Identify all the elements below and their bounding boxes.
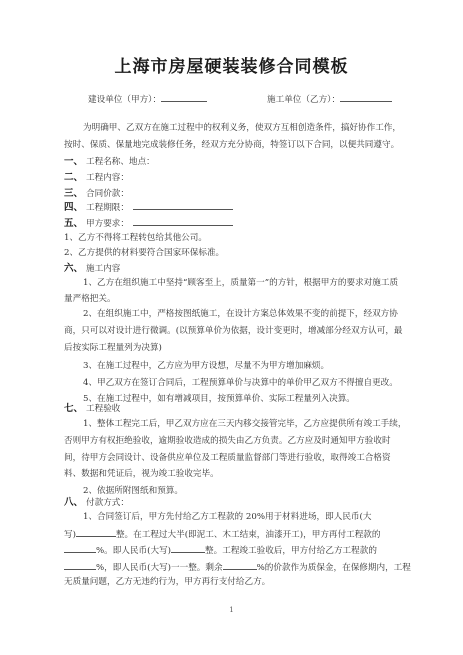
- section-number: 六、: [64, 263, 86, 274]
- party-a: 建设单位（甲方）：: [88, 93, 207, 105]
- section-number: 一、: [64, 156, 86, 167]
- section-4-blank: [133, 201, 233, 210]
- document-title: 上海市房屋硬装装修合同模板: [0, 52, 463, 77]
- section-label: 合同价款：: [86, 189, 129, 199]
- section-5-item-1: 1、乙方不得将工程转包给其他公司。: [64, 233, 207, 244]
- section-8-line-2: 写)整。在工程过大半(即泥工、木工结束，油漆开工)，甲方再付工程款的: [64, 528, 380, 541]
- section-6-line: 商，只可以对设计进行微调。(以预算单价为依据，设计变更时，增减部分经双方认可，最: [64, 326, 403, 337]
- section-7-line: 间，待甲方会同设计、设备供应单位及工程质量监督部门等进行验收，取得竣工合格资: [64, 453, 391, 464]
- amount-blank: [171, 544, 205, 553]
- section-label: 工程期限：: [86, 203, 129, 213]
- party-a-blank: [161, 93, 207, 102]
- section-6-line: 后按实际工程量列为决算): [64, 343, 162, 354]
- section-6-line: 量严格把关。: [64, 294, 116, 305]
- intro-line-1: 为明确甲、乙双方在施工过程中的权利义务，使双方互相创造条件，搞好协作工作，: [83, 123, 401, 134]
- section-6-line: 3、在施工过程中，乙方应为甲方设想，尽量不为甲方增加麻烦。: [83, 361, 329, 372]
- section-7-line: 料、数据和凭证后，视为竣工验收完毕。: [64, 469, 219, 480]
- section-6-line: 2、在组织施工中，严格按图纸施工，在设计方案总体效果不变的前提下，经双方协: [83, 309, 398, 320]
- section-7-line: 1、整体工程完工后，甲乙双方应在三天内移交接管完毕，乙方应提供所有竣工手续，: [83, 419, 406, 430]
- section-7-line: 否则甲方有权拒绝验收，逾期验收造成的损失由乙方负责。乙方应及时通知甲方验收时: [64, 436, 391, 447]
- section-8-line-4: %，即人民币(大写)一一整。剩余%的价款作为质保金，在保修期内，工程: [64, 561, 411, 574]
- text: %，即人民币(大写)一一整。剩余: [96, 563, 223, 573]
- text: 写): [64, 530, 76, 540]
- text: 整。工程竣工验收后，甲方付给乙方工程款的: [205, 546, 377, 556]
- section-5: 五、甲方要求：: [64, 217, 233, 230]
- section-label: 工程内容：: [86, 173, 129, 183]
- percent-blank: [64, 544, 96, 553]
- section-6-line: 1、乙方在组织施工中坚持“顾客至上，质量第一”的方针，根据甲方的要求对施工质: [83, 278, 398, 289]
- section-label: 甲方要求：: [86, 219, 129, 229]
- party-b-label: 施工单位（乙方）：: [267, 95, 340, 105]
- section-8: 八、付款方式：: [64, 497, 129, 509]
- page-number: 1: [0, 606, 463, 614]
- section-7-line: 2、依据所附图纸和预算。: [83, 486, 183, 497]
- section-label: 工程验收: [86, 404, 120, 414]
- section-8-line-5: 无质量问题，乙方无违约行为，甲方再行支付给乙方。: [64, 577, 270, 588]
- section-5-item-2: 2、乙方提供的材料要符合国家环保标准。: [64, 248, 224, 259]
- section-number: 五、: [64, 218, 86, 229]
- section-number: 三、: [64, 188, 86, 199]
- text: 整。在工程过大半(即泥工、木工结束，油漆开工)，甲方再付工程款的: [116, 530, 381, 540]
- text: %。即人民币(大写): [96, 546, 171, 556]
- document-page: 上海市房屋硬装装修合同模板 建设单位（甲方）： 施工单位（乙方）： 为明确甲、乙…: [0, 0, 463, 655]
- section-6-line: 4、甲乙双方在签订合同后，工程预算单价与决算中的单价甲乙双方不得擅自更改。: [83, 378, 398, 389]
- section-5-blank: [133, 217, 233, 226]
- party-a-label: 建设单位（甲方）：: [88, 95, 161, 105]
- section-6-line: 5、在施工过程中，如有增减项目，按预算单价、实际工程量列入决算。: [83, 394, 355, 405]
- party-b: 施工单位（乙方）：: [267, 93, 392, 105]
- section-label: 工程名称、地点：: [86, 157, 155, 167]
- section-label: 付款方式：: [86, 498, 129, 508]
- party-b-blank: [340, 93, 392, 102]
- amount-blank: [76, 528, 116, 537]
- section-8-line-3: %。即人民币(大写)整。工程竣工验收后，甲方付给乙方工程款的: [64, 544, 377, 557]
- percent-blank: [223, 561, 257, 570]
- section-label: 施工内容: [86, 264, 120, 274]
- section-number: 八、: [64, 497, 86, 508]
- section-4: 四、工程期限：: [64, 201, 233, 214]
- section-number: 二、: [64, 172, 86, 183]
- section-2: 二、工程内容：: [64, 172, 129, 184]
- intro-line-2: 按时、保质、保量地完成装修任务，经双方充分协商，特签订以下合同，以便共同遵守。: [64, 140, 399, 151]
- percent-blank: [64, 561, 96, 570]
- section-3: 三、合同价款：: [64, 188, 129, 200]
- section-6: 六、施工内容: [64, 263, 120, 275]
- text: %的价款作为质保金，在保修期内，工程: [257, 563, 411, 573]
- section-number: 七、: [64, 403, 86, 414]
- section-1: 一、工程名称、地点：: [64, 156, 155, 168]
- section-number: 四、: [64, 202, 86, 213]
- section-7: 七、工程验收: [64, 403, 120, 415]
- section-8-line-1: 1、合同签订后，甲方先付给乙方工程款的 20%用于材料进场，即人民币(大: [83, 512, 371, 523]
